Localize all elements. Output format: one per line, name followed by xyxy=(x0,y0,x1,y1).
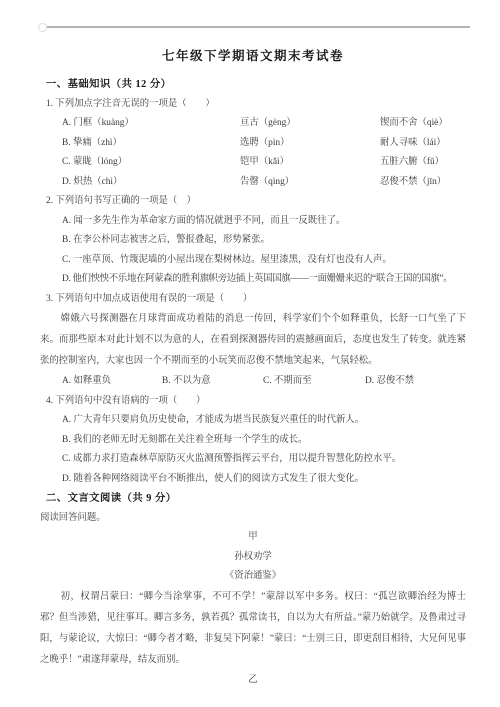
option-word-group: C. 蒙眬（lóng） xyxy=(62,153,240,173)
option-word-group: 耐人寻味（lái） xyxy=(380,138,446,148)
question-1-stem: 1. 下列加点字注音无误的一项是（ ） xyxy=(46,95,466,115)
reading-source: 《资治通鉴》 xyxy=(40,567,466,587)
question-4-option-a: A. 广大青年只要肩负历史使命，才能成为堪当民族复兴重任的时代新人。 xyxy=(62,411,466,431)
question-1-option-b: B. 挚痛（zhì）选聘（pìn）耐人寻味（lái） xyxy=(62,134,466,154)
part-label-yi: 乙 xyxy=(40,671,466,691)
option-word-group: 忍俊不禁（jīn） xyxy=(380,177,446,187)
reading-title: 孙权劝学 xyxy=(40,548,466,568)
classical-text: 初，权谓吕蒙曰：“卿今当涂掌事，不可不学！”蒙辞以军中多务。权曰：“孤岂欲卿治经… xyxy=(40,587,466,671)
option-word-group: B. 挚痛（zhì） xyxy=(62,134,240,154)
option-word-group: 五脏六腑（fǔ） xyxy=(380,157,444,167)
question-4-option-c: C. 成都力求打造森林草原防灭火监测预警指挥云平台，用以提升智慧化防控水平。 xyxy=(62,450,466,470)
exam-page: 七年级下学期语文期末考试卷 一、基础知识（共 12 分） 1. 下列加点字注音无… xyxy=(0,0,500,707)
option-word-group: 锲而不舍（qiè） xyxy=(380,118,448,128)
question-3-options-row: A. 如释重负B. 不以为意C. 不期而至D. 忍俊不禁 xyxy=(62,372,466,392)
option-word-group: 选聘（pìn） xyxy=(240,134,380,154)
option-word-group: 铠甲（kǎi） xyxy=(240,153,380,173)
question-1-option-a: A. 门框（kuàng）亘古（gèng）锲而不舍（qiè） xyxy=(62,114,466,134)
question-2-option-d: D. 他们怏怏不乐地在阿蒙森的胜利旗帜旁边插上英国国旗——一面姗姗来迟的“联合王… xyxy=(62,270,466,290)
question-3-passage: 嫦娥六号探测器在月球背面成功着陆的消息一传回，科学家们个个如释重负，长舒一口气坐… xyxy=(40,309,466,372)
exam-content: 七年级下学期语文期末考试卷 一、基础知识（共 12 分） 1. 下列加点字注音无… xyxy=(40,46,466,690)
reading-intro: 阅读回答问题。 xyxy=(40,509,466,529)
option-word-group: A. 门框（kuàng） xyxy=(62,114,240,134)
question-3-stem: 3. 下列语句中加点成语使用有误的一项是（ ） xyxy=(46,290,466,310)
rule-end-dot xyxy=(38,23,47,32)
question-2-option-b: B. 在李公朴同志被害之后，警报叠起，形势紧张。 xyxy=(62,231,466,251)
question-4-stem: 4. 下列语句中没有语病的一项（ ） xyxy=(46,392,466,412)
question-1-option-d: D. 炽热（chì）告罄（qìng）忍俊不禁（jīn） xyxy=(62,173,466,193)
question-2-stem: 2. 下列语句书写正确的一项是（ ） xyxy=(46,192,466,212)
question-2-option-c: C. 一座草顶、竹篾泥墙的小屋出现在梨树林边。屋里漆黑，没有灯也没有人声。 xyxy=(62,251,466,271)
question-3-option-d: D. 忍俊不禁 xyxy=(365,376,414,386)
section-heading-basics: 一、基础知识（共 12 分） xyxy=(46,75,466,95)
question-3-option-c: C. 不期而至 xyxy=(263,372,365,392)
part-label-jia: 甲 xyxy=(40,528,466,548)
question-3-option-b: B. 不以为意 xyxy=(162,372,263,392)
section-heading-reading: 二、文言文阅读（共 9 分） xyxy=(46,489,466,509)
question-3-option-a: A. 如释重负 xyxy=(62,372,162,392)
option-word-group: D. 炽热（chì） xyxy=(62,173,240,193)
question-2-option-a: A. 闻一多先生作为革命家方面的情况就迥乎不同，而且一反既往了。 xyxy=(62,212,466,232)
question-4-option-d: D. 随着各种网络阅读平台不断推出，使人们的阅读方式发生了很大变化。 xyxy=(62,470,466,490)
option-word-group: 告罄（qìng） xyxy=(240,173,380,193)
question-4-option-b: B. 我们的老师无时无刻都在关注着全班每一个学生的成长。 xyxy=(62,431,466,451)
exam-title: 七年级下学期语文期末考试卷 xyxy=(40,46,466,66)
top-rule xyxy=(47,26,470,28)
question-1-option-c: C. 蒙眬（lóng）铠甲（kǎi）五脏六腑（fǔ） xyxy=(62,153,466,173)
option-word-group: 亘古（gèng） xyxy=(240,114,380,134)
